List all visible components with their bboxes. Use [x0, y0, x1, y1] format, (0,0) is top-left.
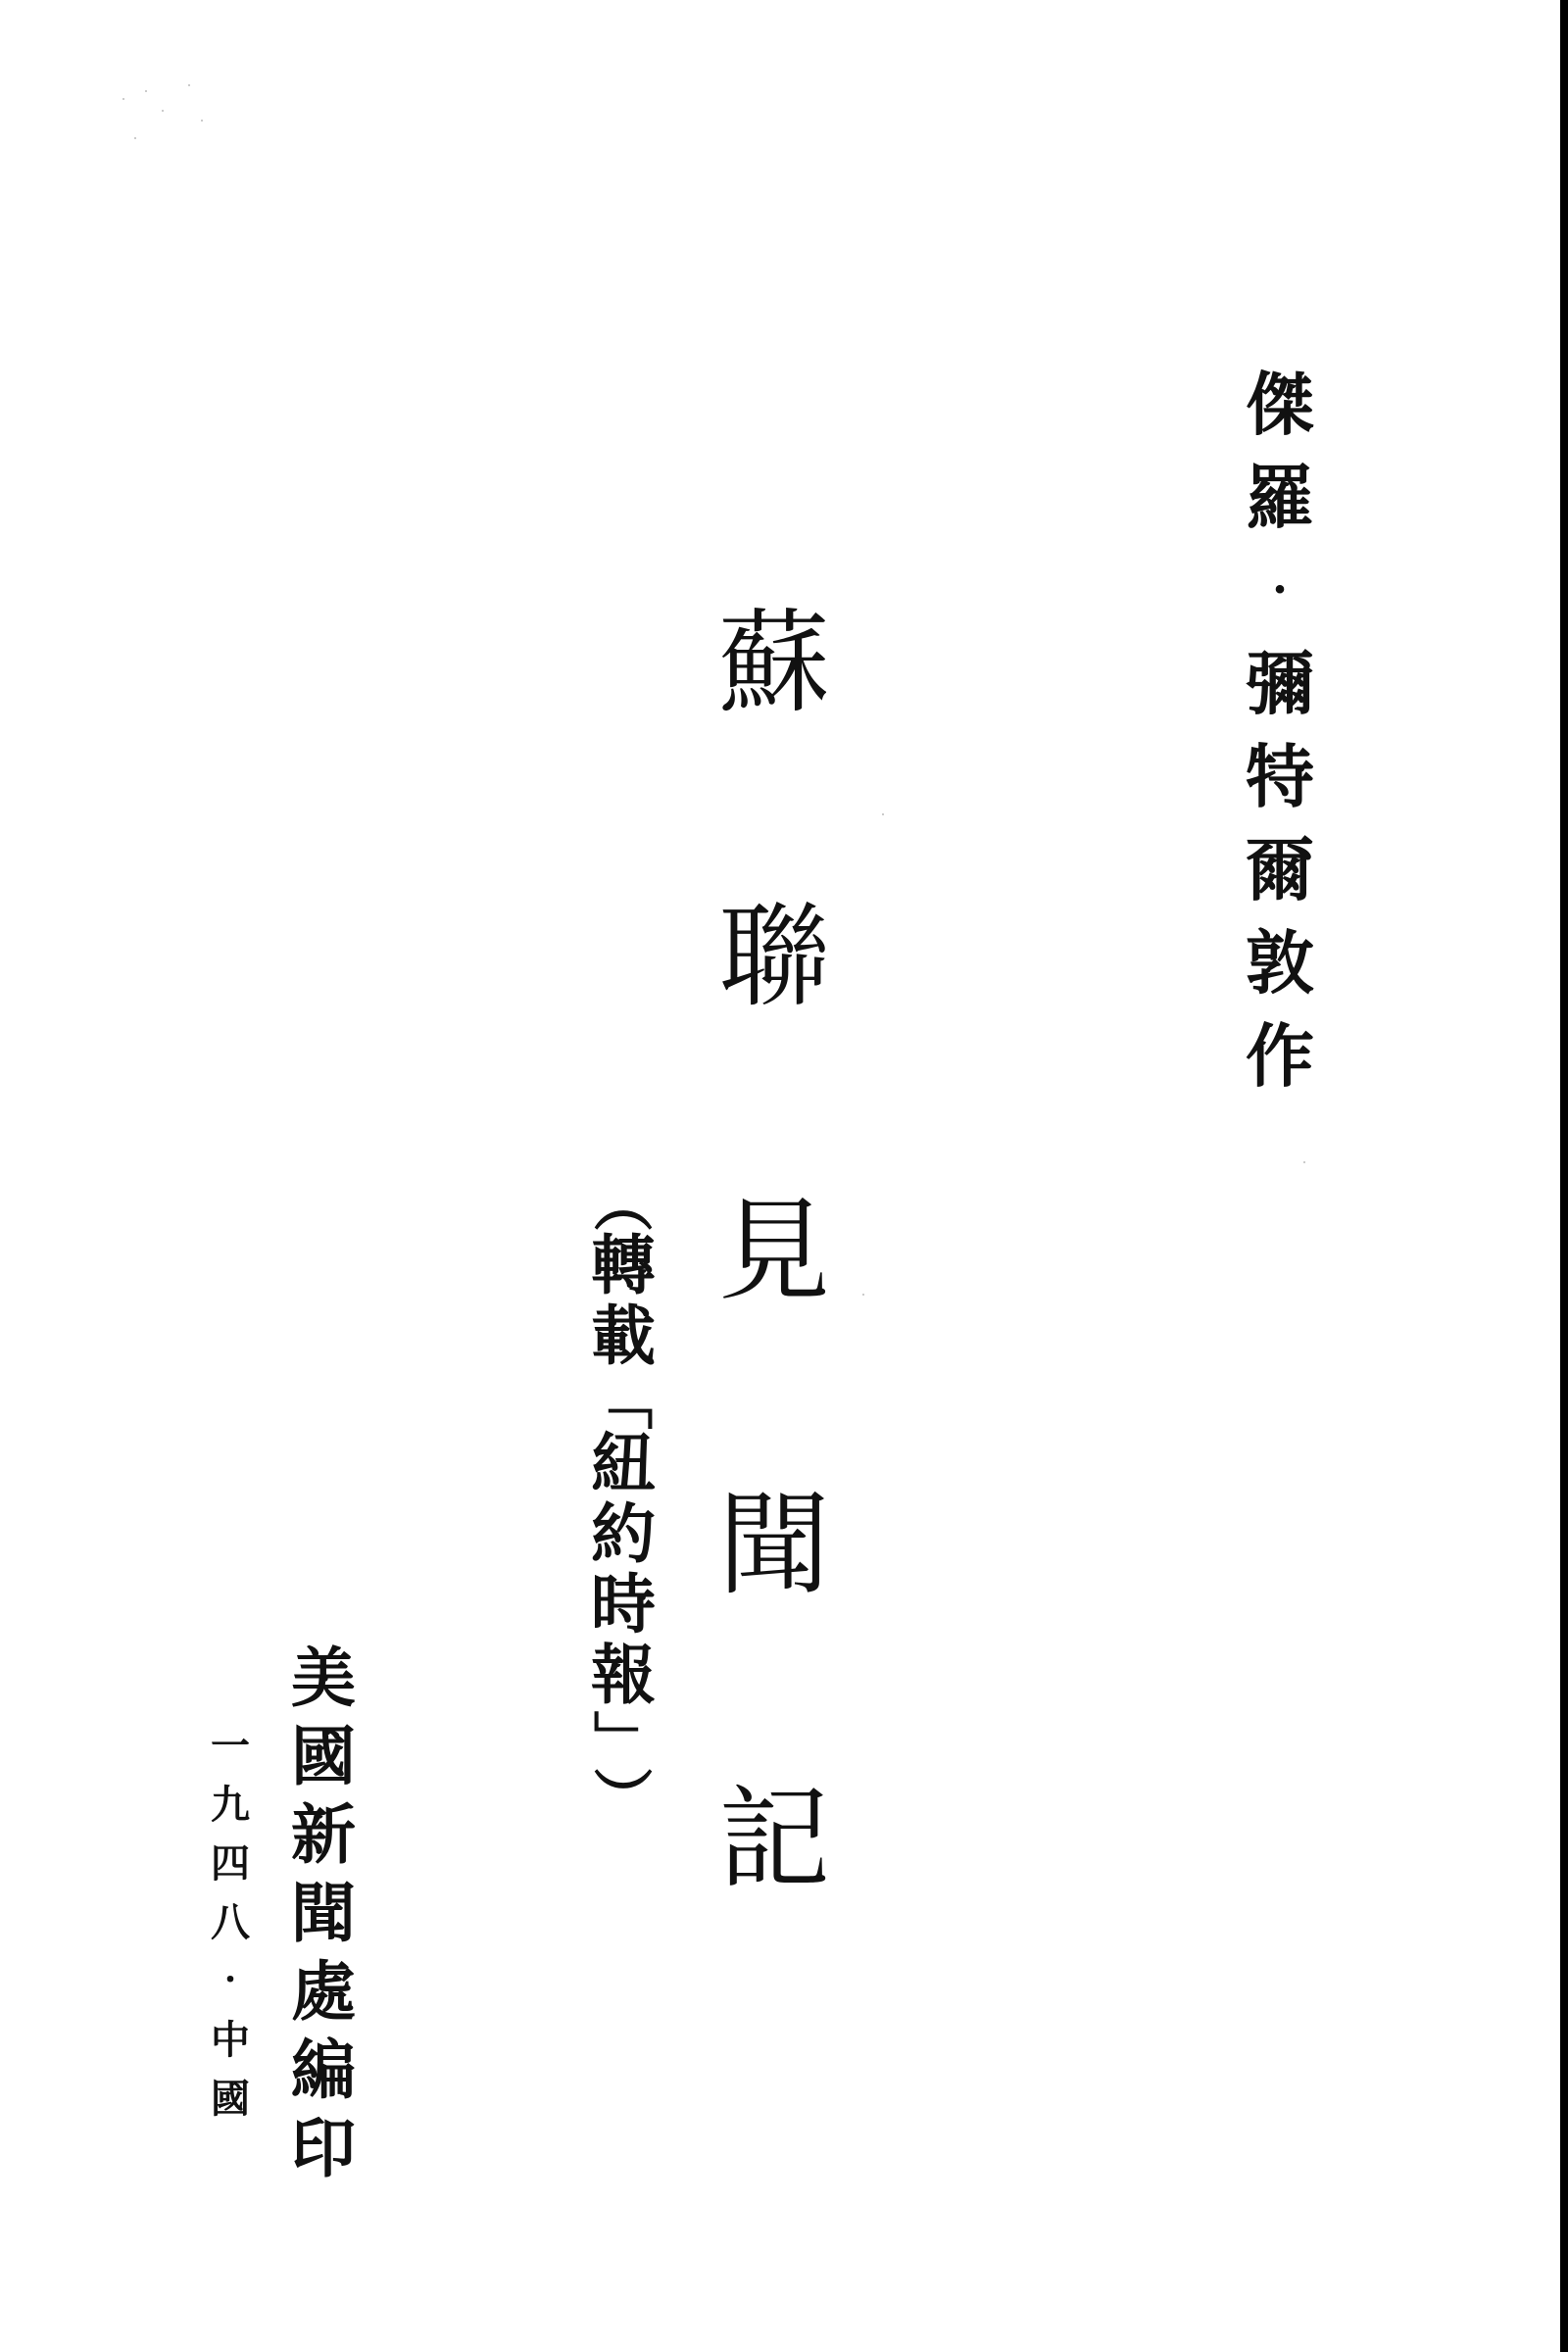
scan-speckle: [862, 1294, 864, 1296]
place-char: 中: [211, 2021, 250, 2080]
publisher-char: 聞: [291, 1882, 356, 1960]
title-char: 聞: [718, 1490, 830, 1784]
close-quote: ﹂: [594, 1713, 653, 1770]
publisher-char: 國: [291, 1725, 356, 1803]
date-place-line: 一 九 四 八 ・ 中 國: [208, 1727, 253, 2138]
author-char: 彌: [1246, 650, 1314, 743]
scan-speckle: [162, 110, 164, 112]
date-char: 九: [211, 1786, 250, 1844]
date-char: 四: [211, 1844, 250, 1903]
author-char: 爾: [1246, 836, 1314, 929]
publisher-char: 新: [291, 1803, 356, 1882]
publisher-char: 編: [291, 2038, 356, 2117]
author-char: 作: [1246, 1022, 1314, 1115]
subtitle-char: 時: [591, 1572, 656, 1642]
open-quote: ﹁: [594, 1374, 653, 1431]
title-char: 蘇: [718, 608, 830, 902]
title-char: 見: [718, 1196, 830, 1490]
subtitle-reprint-note: ︵ 轉 載 ﹁ 紐 約 時 報 ﹂ ︶: [586, 1176, 661, 1827]
scan-speckle: [882, 813, 884, 815]
subtitle-char: 紐: [591, 1431, 656, 1501]
scan-speckle: [201, 120, 203, 122]
scan-speckle: [1303, 1161, 1305, 1163]
subtitle-char: 載: [591, 1303, 656, 1374]
author-char: 敦: [1246, 929, 1314, 1022]
title-char: 聯: [718, 902, 830, 1196]
author-separator-dot: ・: [1260, 557, 1299, 650]
author-line: 傑 羅 ・ 彌 特 爾 敦 作: [1243, 370, 1317, 1115]
author-char: 羅: [1246, 464, 1314, 557]
publisher-char: 印: [291, 2117, 356, 2195]
place-char: 國: [211, 2080, 250, 2138]
subtitle-char: 報: [591, 1642, 656, 1713]
subtitle-char: 約: [591, 1501, 656, 1572]
scan-speckle: [134, 137, 136, 139]
publisher-char: 美: [291, 1646, 356, 1725]
author-char: 特: [1246, 743, 1314, 836]
scan-speckle: [188, 84, 190, 86]
author-char: 傑: [1246, 370, 1314, 464]
publisher-char: 處: [291, 1960, 356, 2038]
open-paren: ︵: [594, 1176, 653, 1233]
title-page: 傑 羅 ・ 彌 特 爾 敦 作 蘇 聯 見 聞 記 ︵ 轉 載 ﹁ 紐 約 時 …: [0, 0, 1568, 2352]
scan-speckle: [122, 98, 124, 100]
book-title: 蘇 聯 見 聞 記: [715, 608, 833, 2078]
publisher-line: 美 國 新 聞 處 編 印: [288, 1646, 359, 2195]
subtitle-char: 轉: [591, 1233, 656, 1303]
title-char: 記: [718, 1784, 830, 2078]
close-paren: ︶: [594, 1770, 653, 1827]
date-separator-dot: ・: [216, 1962, 245, 2021]
scan-edge-bar: [1560, 0, 1568, 2352]
date-char: 八: [211, 1903, 250, 1962]
date-char: 一: [211, 1727, 250, 1786]
scan-speckle: [145, 90, 147, 92]
